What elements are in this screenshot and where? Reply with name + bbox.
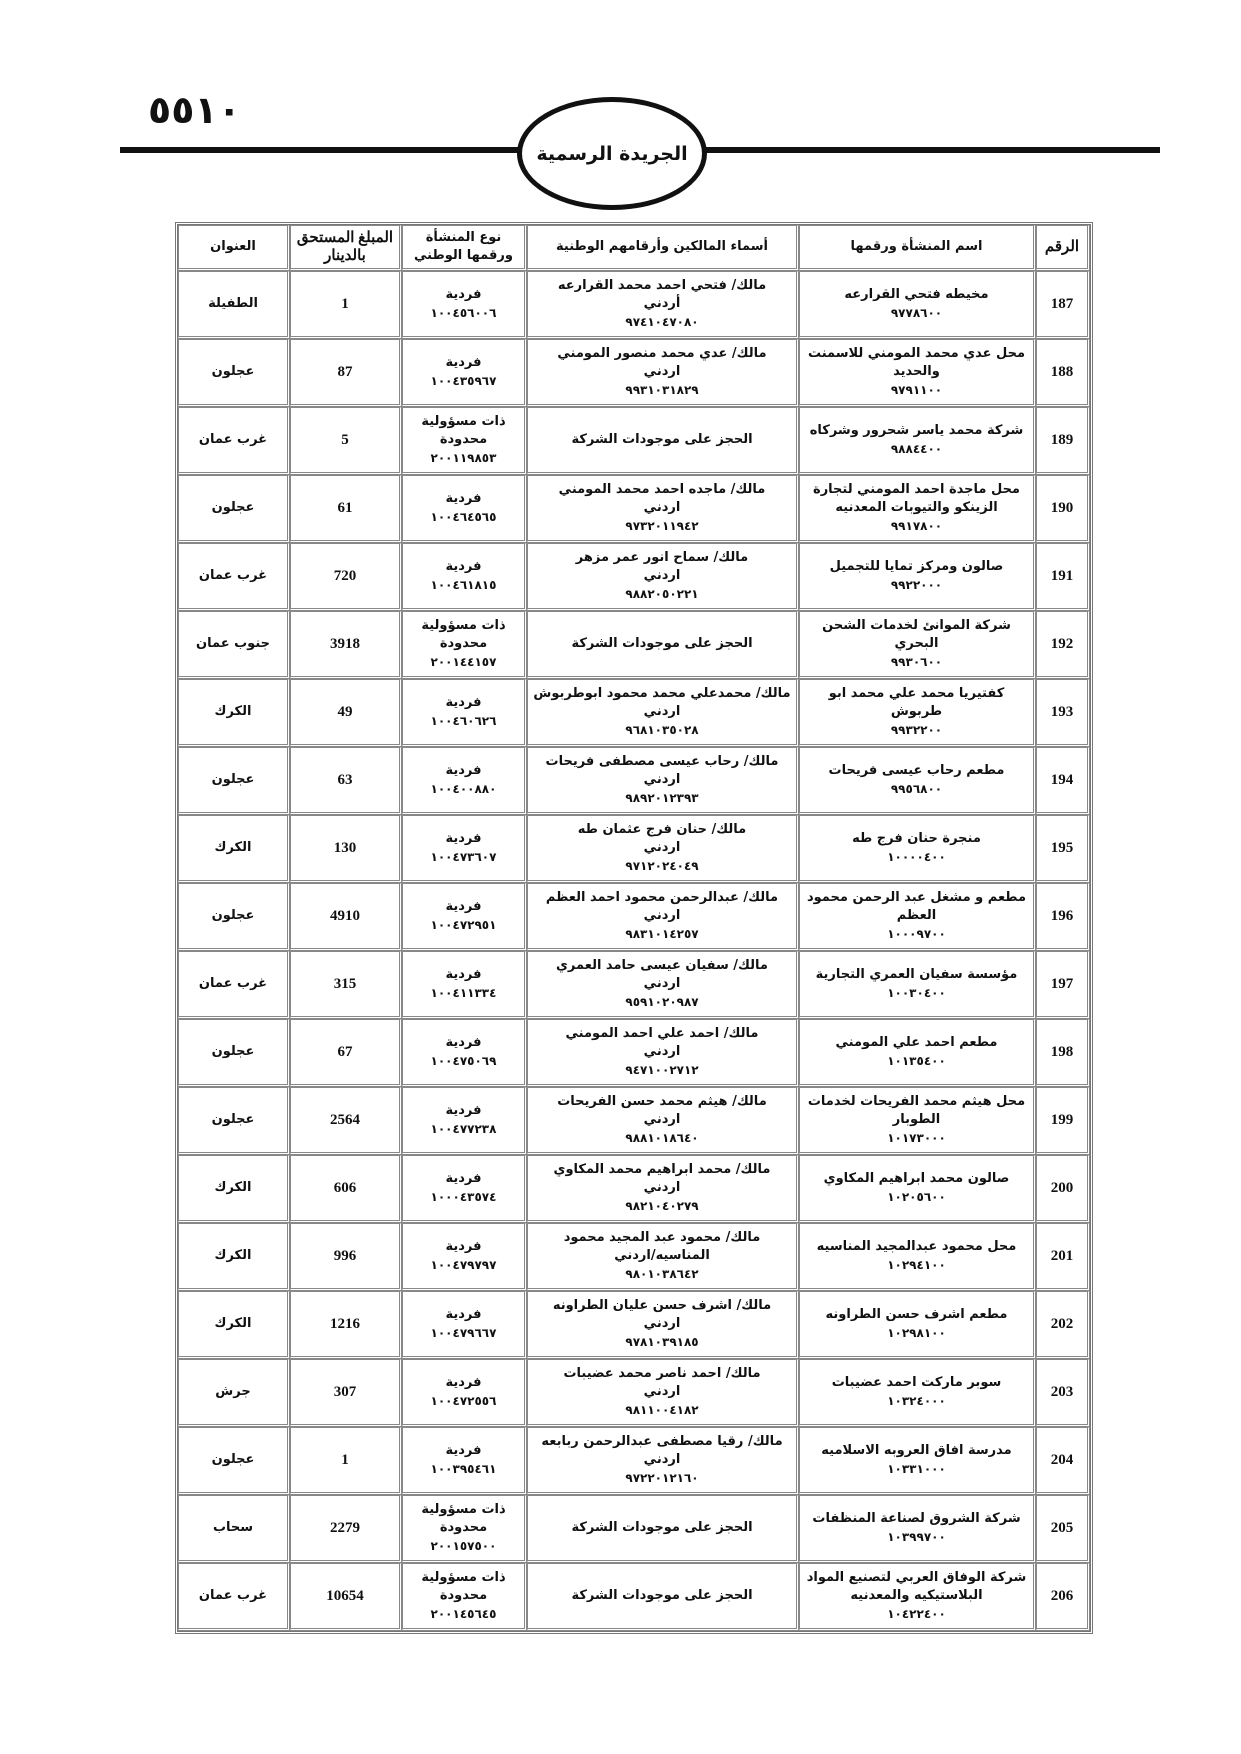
cell-type: فردية ١٠٠٤٧٢٩٥١ bbox=[402, 883, 527, 951]
cell-amount: 63 bbox=[290, 747, 402, 815]
type-national-number: ١٠٠٤٧٩٧٩٧ bbox=[407, 1256, 520, 1274]
cell-amount: 3918 bbox=[290, 611, 402, 679]
establishment-type: فردية bbox=[407, 1238, 520, 1256]
table-body: 187 مخيطه فتحي القرارعه ٩٧٧٨٦٠٠ مالك/ فت… bbox=[178, 271, 1090, 1631]
type-national-number: ١٠٠٤٥٦٠٠٦ bbox=[407, 304, 520, 322]
establishment-number: ١٠٠٠٠٤٠٠ bbox=[804, 848, 1029, 866]
owner-name: مالك/ ماجده احمد محمد المومني bbox=[532, 481, 792, 499]
cell-number: 194 bbox=[1036, 747, 1090, 815]
table-row: 193 كفتيريا محمد علي محمد ابو طربوش ٩٩٣٢… bbox=[178, 679, 1090, 747]
establishment-type: ذات مسؤولية محدودة bbox=[407, 1569, 520, 1605]
seizure-note: الحجز على موجودات الشركة bbox=[532, 1587, 792, 1605]
cell-address: عجلون bbox=[178, 747, 290, 815]
establishment-name: مدرسة افاق العروبه الاسلاميه bbox=[804, 1442, 1029, 1460]
type-national-number: ١٠٠٤٧٣٦٠٧ bbox=[407, 848, 520, 866]
establishment-number: ١٠٠٣٠٤٠٠ bbox=[804, 984, 1029, 1002]
establishment-type: فردية bbox=[407, 1442, 520, 1460]
seizure-note: الحجز على موجودات الشركة bbox=[532, 635, 792, 653]
owner-nationality: اردني bbox=[532, 771, 792, 789]
cell-type: ذات مسؤولية محدودة ٢٠٠١٥٧٥٠٠ bbox=[402, 1495, 527, 1563]
establishment-type: ذات مسؤولية محدودة bbox=[407, 413, 520, 449]
cell-address: الكرك bbox=[178, 1155, 290, 1223]
cell-establishment: مطعم و مشغل عبد الرحمن محمود العظم ١٠٠٠٩… bbox=[799, 883, 1036, 951]
type-national-number: ١٠٠٤٦١٨١٥ bbox=[407, 576, 520, 594]
cell-number: 205 bbox=[1036, 1495, 1090, 1563]
owner-nationality: اردني bbox=[532, 1451, 792, 1469]
cell-number: 193 bbox=[1036, 679, 1090, 747]
cell-amount: 67 bbox=[290, 1019, 402, 1087]
establishment-name: كفتيريا محمد علي محمد ابو طربوش bbox=[804, 685, 1029, 721]
table-row: 197 مؤسسة سفيان العمري التجارية ١٠٠٣٠٤٠٠… bbox=[178, 951, 1090, 1019]
cell-type: فردية ١٠٠٠٤٣٥٧٤ bbox=[402, 1155, 527, 1223]
type-national-number: ٢٠٠١٥٧٥٠٠ bbox=[407, 1537, 520, 1555]
establishment-name: صالون ومركز تمايا للتجميل bbox=[804, 558, 1029, 576]
cell-address: غرب عمان bbox=[178, 407, 290, 475]
establishment-type: فردية bbox=[407, 490, 520, 508]
owner-name: مالك/ عدي محمد منصور المومني bbox=[532, 345, 792, 363]
cell-owner: مالك/ حنان فرج عثمان طه اردني ٩٧١٢٠٢٤٠٤٩ bbox=[527, 815, 799, 883]
cell-type: فردية ١٠٠٤٧٩٧٩٧ bbox=[402, 1223, 527, 1291]
cell-amount: 2564 bbox=[290, 1087, 402, 1155]
cell-type: فردية ١٠٠٤٧٢٥٥٦ bbox=[402, 1359, 527, 1427]
establishment-name: شركة الموانئ لخدمات الشحن البحري bbox=[804, 617, 1029, 653]
cell-address: جرش bbox=[178, 1359, 290, 1427]
owner-nationality: اردني bbox=[532, 1315, 792, 1333]
establishment-number: ١٠٤٢٢٤٠٠ bbox=[804, 1605, 1029, 1623]
cell-type: فردية ١٠٠٣٩٥٤٦١ bbox=[402, 1427, 527, 1495]
type-national-number: ١٠٠٤٣٥٩٦٧ bbox=[407, 372, 520, 390]
owner-national-id: ٩٧٣٢٠١١٩٤٢ bbox=[532, 517, 792, 535]
establishment-name: محل ماجدة احمد المومني لتجارة الزينكو وا… bbox=[804, 481, 1029, 517]
owner-national-id: ٩٨٨١٠١٨٦٤٠ bbox=[532, 1129, 792, 1147]
owner-national-id: ٩٥٩١٠٢٠٩٨٧ bbox=[532, 993, 792, 1011]
establishment-name: صالون محمد ابراهيم المكاوي bbox=[804, 1170, 1029, 1188]
owner-national-id: ٩٨١١٠٠٤١٨٢ bbox=[532, 1401, 792, 1419]
table-row: 206 شركة الوفاق العربي لتصنيع المواد الب… bbox=[178, 1563, 1090, 1631]
owner-national-id: ٩٧١٢٠٢٤٠٤٩ bbox=[532, 857, 792, 875]
establishment-name: مؤسسة سفيان العمري التجارية bbox=[804, 966, 1029, 984]
cell-type: ذات مسؤولية محدودة ٢٠٠١٤٤١٥٧ bbox=[402, 611, 527, 679]
cell-address: عجلون bbox=[178, 1087, 290, 1155]
establishment-name: مطعم احمد علي المومني bbox=[804, 1034, 1029, 1052]
table-row: 203 سوبر ماركت احمد عضيبات ١٠٣٢٤٠٠٠ مالك… bbox=[178, 1359, 1090, 1427]
owner-name: مالك/ عبدالرحمن محمود احمد العظم bbox=[532, 889, 792, 907]
cell-owner: مالك/ اشرف حسن عليان الطراونه اردني ٩٧٨١… bbox=[527, 1291, 799, 1359]
cell-number: 203 bbox=[1036, 1359, 1090, 1427]
cell-establishment: مطعم احمد علي المومني ١٠١٣٥٤٠٠ bbox=[799, 1019, 1036, 1087]
cell-amount: 1 bbox=[290, 1427, 402, 1495]
cell-number: 204 bbox=[1036, 1427, 1090, 1495]
table-row: 192 شركة الموانئ لخدمات الشحن البحري ٩٩٣… bbox=[178, 611, 1090, 679]
owner-national-id: ٩٧٢٢٠١٢١٦٠ bbox=[532, 1469, 792, 1487]
cell-establishment: مدرسة افاق العروبه الاسلاميه ١٠٣٣١٠٠٠ bbox=[799, 1427, 1036, 1495]
cell-owner: مالك/ رقيا مصطفى عبدالرحمن ربابعه اردني … bbox=[527, 1427, 799, 1495]
establishment-name: مطعم و مشغل عبد الرحمن محمود العظم bbox=[804, 889, 1029, 925]
establishment-name: محل عدي محمد المومني للاسمنت والحديد bbox=[804, 345, 1029, 381]
type-national-number: ٢٠٠١٤٤١٥٧ bbox=[407, 653, 520, 671]
cell-establishment: مخيطه فتحي القرارعه ٩٧٧٨٦٠٠ bbox=[799, 271, 1036, 339]
cell-address: غرب عمان bbox=[178, 543, 290, 611]
establishment-name: شركة محمد ياسر شحرور وشركاه bbox=[804, 422, 1029, 440]
table-row: 189 شركة محمد ياسر شحرور وشركاه ٩٨٨٤٤٠٠ … bbox=[178, 407, 1090, 475]
type-national-number: ٢٠٠١١٩٨٥٣ bbox=[407, 449, 520, 467]
page-number: ٥٥١٠ bbox=[148, 88, 241, 132]
establishment-number: ٩٩٣٢٢٠٠ bbox=[804, 721, 1029, 739]
type-national-number: ١٠٠٤٧٧٢٣٨ bbox=[407, 1120, 520, 1138]
cell-owner: مالك/ فتحي احمد محمد القرارعه أردني ٩٧٤١… bbox=[527, 271, 799, 339]
cell-owner: مالك/ ماجده احمد محمد المومني اردني ٩٧٣٢… bbox=[527, 475, 799, 543]
cell-number: 191 bbox=[1036, 543, 1090, 611]
owner-name: مالك/ احمد علي احمد المومني bbox=[532, 1025, 792, 1043]
cell-number: 201 bbox=[1036, 1223, 1090, 1291]
establishment-type: فردية bbox=[407, 762, 520, 780]
cell-address: عجلون bbox=[178, 339, 290, 407]
header-owners: أسماء المالكين وأرقامهم الوطنية bbox=[527, 225, 799, 271]
cell-number: 189 bbox=[1036, 407, 1090, 475]
cell-address: عجلون bbox=[178, 883, 290, 951]
establishment-type: فردية bbox=[407, 1102, 520, 1120]
establishment-name: منجرة حنان فرج طه bbox=[804, 830, 1029, 848]
owner-nationality: اردني bbox=[532, 975, 792, 993]
owner-nationality: اردني bbox=[532, 1043, 792, 1061]
cell-owner: الحجز على موجودات الشركة bbox=[527, 1563, 799, 1631]
establishment-name: مخيطه فتحي القرارعه bbox=[804, 286, 1029, 304]
establishment-type: فردية bbox=[407, 1034, 520, 1052]
cell-amount: 10654 bbox=[290, 1563, 402, 1631]
table-row: 187 مخيطه فتحي القرارعه ٩٧٧٨٦٠٠ مالك/ فت… bbox=[178, 271, 1090, 339]
cell-owner: مالك/ محمود عبد المجيد محمود المناسيه/ار… bbox=[527, 1223, 799, 1291]
establishment-type: فردية bbox=[407, 966, 520, 984]
cell-owner: مالك/ عبدالرحمن محمود احمد العظم اردني ٩… bbox=[527, 883, 799, 951]
cell-amount: 720 bbox=[290, 543, 402, 611]
cell-type: فردية ١٠٠٤٧٧٢٣٨ bbox=[402, 1087, 527, 1155]
owner-nationality: اردني bbox=[532, 1383, 792, 1401]
cell-establishment: محل عدي محمد المومني للاسمنت والحديد ٩٧٩… bbox=[799, 339, 1036, 407]
establishment-number: ١٠٣٢٤٠٠٠ bbox=[804, 1392, 1029, 1410]
type-national-number: ١٠٠٤١١٣٣٤ bbox=[407, 984, 520, 1002]
header-number: الرقم bbox=[1036, 225, 1090, 271]
cell-address: عجلون bbox=[178, 1019, 290, 1087]
establishment-number: ١٠٢٠٥٦٠٠ bbox=[804, 1188, 1029, 1206]
establishment-number: ٩٨٨٤٤٠٠ bbox=[804, 440, 1029, 458]
cell-amount: 996 bbox=[290, 1223, 402, 1291]
establishment-name: سوبر ماركت احمد عضيبات bbox=[804, 1374, 1029, 1392]
establishments-table: الرقم اسم المنشأة ورقمها أسماء المالكين … bbox=[175, 222, 1093, 1634]
establishment-type: ذات مسؤولية محدودة bbox=[407, 617, 520, 653]
owner-name: مالك/ رقيا مصطفى عبدالرحمن ربابعه bbox=[532, 1433, 792, 1451]
cell-amount: 87 bbox=[290, 339, 402, 407]
owner-national-id: ٩٤٧١٠٠٢٧١٢ bbox=[532, 1061, 792, 1079]
owner-national-id: ٩٧٤١٠٤٧٠٨٠ bbox=[532, 313, 792, 331]
establishment-number: ٩٩٢٢٠٠٠ bbox=[804, 576, 1029, 594]
owner-national-id: ٩٨٠١٠٣٨٦٤٢ bbox=[532, 1265, 792, 1283]
cell-owner: مالك/ محمدعلي محمد محمود ابوطربوش اردني … bbox=[527, 679, 799, 747]
cell-number: 196 bbox=[1036, 883, 1090, 951]
owner-name: مالك/ حنان فرج عثمان طه bbox=[532, 821, 792, 839]
table-row: 188 محل عدي محمد المومني للاسمنت والحديد… bbox=[178, 339, 1090, 407]
type-national-number: ١٠٠٤٧٢٩٥١ bbox=[407, 916, 520, 934]
cell-establishment: شركة الشروق لصناعة المنظفات ١٠٣٩٩٧٠٠ bbox=[799, 1495, 1036, 1563]
cell-establishment: محل هيثم محمد الفريحات لخدمات الطوبار ١٠… bbox=[799, 1087, 1036, 1155]
owner-name: مالك/ احمد ناصر محمد عضيبات bbox=[532, 1365, 792, 1383]
establishment-name: شركة الشروق لصناعة المنظفات bbox=[804, 1510, 1029, 1528]
cell-establishment: سوبر ماركت احمد عضيبات ١٠٣٢٤٠٠٠ bbox=[799, 1359, 1036, 1427]
gazette-title-ellipse: الجريدة الرسمية bbox=[517, 97, 707, 210]
cell-type: فردية ١٠٠٤٧٩٦٦٧ bbox=[402, 1291, 527, 1359]
cell-establishment: محل ماجدة احمد المومني لتجارة الزينكو وا… bbox=[799, 475, 1036, 543]
establishment-name: مطعم رحاب عيسى فريحات bbox=[804, 762, 1029, 780]
header-type: نوع المنشأة ورقمها الوطني bbox=[402, 225, 527, 271]
establishment-type: فردية bbox=[407, 354, 520, 372]
cell-type: فردية ١٠٠٤٠٠٨٨٠ bbox=[402, 747, 527, 815]
cell-owner: مالك/ رحاب عيسى مصطفى فريحات اردني ٩٨٩٢٠… bbox=[527, 747, 799, 815]
cell-owner: مالك/ عدي محمد منصور المومني اردني ٩٩٣١٠… bbox=[527, 339, 799, 407]
establishment-type: فردية bbox=[407, 1306, 520, 1324]
establishment-number: ١٠٢٩٨١٠٠ bbox=[804, 1324, 1029, 1342]
cell-amount: 4910 bbox=[290, 883, 402, 951]
cell-amount: 606 bbox=[290, 1155, 402, 1223]
cell-establishment: كفتيريا محمد علي محمد ابو طربوش ٩٩٣٢٢٠٠ bbox=[799, 679, 1036, 747]
establishment-type: فردية bbox=[407, 1170, 520, 1188]
seizure-note: الحجز على موجودات الشركة bbox=[532, 431, 792, 449]
establishment-number: ٩٩٥٦٨٠٠ bbox=[804, 780, 1029, 798]
cell-address: غرب عمان bbox=[178, 951, 290, 1019]
cell-establishment: مطعم اشرف حسن الطراونه ١٠٢٩٨١٠٠ bbox=[799, 1291, 1036, 1359]
cell-amount: 2279 bbox=[290, 1495, 402, 1563]
owner-national-id: ٩٦٨١٠٣٥٠٢٨ bbox=[532, 721, 792, 739]
type-national-number: ١٠٠٤٠٠٨٨٠ bbox=[407, 780, 520, 798]
owner-name: مالك/ محمدعلي محمد محمود ابوطربوش bbox=[532, 685, 792, 703]
establishment-number: ٩٧٧٨٦٠٠ bbox=[804, 304, 1029, 322]
cell-type: فردية ١٠٠٤٦١٨١٥ bbox=[402, 543, 527, 611]
table-row: 205 شركة الشروق لصناعة المنظفات ١٠٣٩٩٧٠٠… bbox=[178, 1495, 1090, 1563]
owner-name: مالك/ رحاب عيسى مصطفى فريحات bbox=[532, 753, 792, 771]
gazette-title: الجريدة الرسمية bbox=[536, 143, 687, 165]
owner-nationality: اردني bbox=[532, 1179, 792, 1197]
cell-address: عجلون bbox=[178, 475, 290, 543]
cell-type: ذات مسؤولية محدودة ٢٠٠١١٩٨٥٣ bbox=[402, 407, 527, 475]
establishment-number: ١٠٢٩٤١٠٠ bbox=[804, 1256, 1029, 1274]
cell-number: 195 bbox=[1036, 815, 1090, 883]
cell-number: 202 bbox=[1036, 1291, 1090, 1359]
table-row: 194 مطعم رحاب عيسى فريحات ٩٩٥٦٨٠٠ مالك/ … bbox=[178, 747, 1090, 815]
type-national-number: ١٠٠٤٧٥٠٦٩ bbox=[407, 1052, 520, 1070]
cell-number: 200 bbox=[1036, 1155, 1090, 1223]
cell-establishment: شركة محمد ياسر شحرور وشركاه ٩٨٨٤٤٠٠ bbox=[799, 407, 1036, 475]
cell-amount: 307 bbox=[290, 1359, 402, 1427]
cell-address: عجلون bbox=[178, 1427, 290, 1495]
owner-name: مالك/ محمود عبد المجيد محمود المناسيه/ار… bbox=[532, 1229, 792, 1265]
establishment-type: فردية bbox=[407, 898, 520, 916]
establishment-type: فردية bbox=[407, 694, 520, 712]
establishment-type: فردية bbox=[407, 1374, 520, 1392]
owner-nationality: أردني bbox=[532, 295, 792, 313]
owner-national-id: ٩٨٣١٠١٤٢٥٧ bbox=[532, 925, 792, 943]
cell-type: فردية ١٠٠٤٧٥٠٦٩ bbox=[402, 1019, 527, 1087]
owner-national-id: ٩٧٨١٠٣٩١٨٥ bbox=[532, 1333, 792, 1351]
cell-address: الكرك bbox=[178, 679, 290, 747]
cell-type: فردية ١٠٠٤٦٠٦٢٦ bbox=[402, 679, 527, 747]
cell-amount: 1216 bbox=[290, 1291, 402, 1359]
cell-owner: الحجز على موجودات الشركة bbox=[527, 1495, 799, 1563]
cell-number: 192 bbox=[1036, 611, 1090, 679]
table-row: 201 محل محمود عبدالمجيد المناسيه ١٠٢٩٤١٠… bbox=[178, 1223, 1090, 1291]
cell-address: الطفيلة bbox=[178, 271, 290, 339]
table-row: 191 صالون ومركز تمايا للتجميل ٩٩٢٢٠٠٠ ما… bbox=[178, 543, 1090, 611]
type-national-number: ١٠٠٣٩٥٤٦١ bbox=[407, 1460, 520, 1478]
cell-number: 199 bbox=[1036, 1087, 1090, 1155]
owner-national-id: ٩٨٩٢٠١٢٣٩٣ bbox=[532, 789, 792, 807]
owner-national-id: ٩٨٨٢٠٥٠٢٢١ bbox=[532, 585, 792, 603]
owner-national-id: ٩٩٣١٠٣١٨٢٩ bbox=[532, 381, 792, 399]
cell-amount: 130 bbox=[290, 815, 402, 883]
table-row: 196 مطعم و مشغل عبد الرحمن محمود العظم ١… bbox=[178, 883, 1090, 951]
cell-establishment: مطعم رحاب عيسى فريحات ٩٩٥٦٨٠٠ bbox=[799, 747, 1036, 815]
cell-establishment: صالون ومركز تمايا للتجميل ٩٩٢٢٠٠٠ bbox=[799, 543, 1036, 611]
cell-owner: مالك/ محمد ابراهيم محمد المكاوي اردني ٩٨… bbox=[527, 1155, 799, 1223]
owner-name: مالك/ فتحي احمد محمد القرارعه bbox=[532, 277, 792, 295]
establishment-name: محل هيثم محمد الفريحات لخدمات الطوبار bbox=[804, 1093, 1029, 1129]
cell-type: فردية ١٠٠٤٧٣٦٠٧ bbox=[402, 815, 527, 883]
establishment-number: ١٠٠٠٩٧٠٠ bbox=[804, 925, 1029, 943]
cell-owner: الحجز على موجودات الشركة bbox=[527, 407, 799, 475]
establishment-type: فردية bbox=[407, 830, 520, 848]
owner-name: مالك/ سفيان عيسى حامد العمري bbox=[532, 957, 792, 975]
cell-establishment: محل محمود عبدالمجيد المناسيه ١٠٢٩٤١٠٠ bbox=[799, 1223, 1036, 1291]
type-national-number: ٢٠٠١٤٥٦٤٥ bbox=[407, 1605, 520, 1623]
cell-amount: 315 bbox=[290, 951, 402, 1019]
owner-name: مالك/ سماح انور عمر مزهر bbox=[532, 549, 792, 567]
type-national-number: ١٠٠٤٧٢٥٥٦ bbox=[407, 1392, 520, 1410]
cell-number: 188 bbox=[1036, 339, 1090, 407]
cell-address: الكرك bbox=[178, 815, 290, 883]
table-row: 199 محل هيثم محمد الفريحات لخدمات الطوبا… bbox=[178, 1087, 1090, 1155]
establishment-type: فردية bbox=[407, 286, 520, 304]
seizure-note: الحجز على موجودات الشركة bbox=[532, 1519, 792, 1537]
cell-owner: مالك/ احمد علي احمد المومني اردني ٩٤٧١٠٠… bbox=[527, 1019, 799, 1087]
header-amount: المبلغ المستحق بالدينار bbox=[290, 225, 402, 271]
type-national-number: ١٠٠٤٦٤٥٦٥ bbox=[407, 508, 520, 526]
owner-nationality: اردني bbox=[532, 839, 792, 857]
owner-nationality: اردني bbox=[532, 1111, 792, 1129]
cell-owner: مالك/ هيثم محمد حسن الفريحات اردني ٩٨٨١٠… bbox=[527, 1087, 799, 1155]
table-row: 202 مطعم اشرف حسن الطراونه ١٠٢٩٨١٠٠ مالك… bbox=[178, 1291, 1090, 1359]
table-row: 190 محل ماجدة احمد المومني لتجارة الزينك… bbox=[178, 475, 1090, 543]
establishment-type: فردية bbox=[407, 558, 520, 576]
owner-name: مالك/ محمد ابراهيم محمد المكاوي bbox=[532, 1161, 792, 1179]
cell-address: سحاب bbox=[178, 1495, 290, 1563]
cell-address: الكرك bbox=[178, 1223, 290, 1291]
cell-number: 187 bbox=[1036, 271, 1090, 339]
cell-address: جنوب عمان bbox=[178, 611, 290, 679]
cell-amount: 5 bbox=[290, 407, 402, 475]
cell-amount: 1 bbox=[290, 271, 402, 339]
cell-number: 206 bbox=[1036, 1563, 1090, 1631]
table-row: 198 مطعم احمد علي المومني ١٠١٣٥٤٠٠ مالك/… bbox=[178, 1019, 1090, 1087]
establishment-name: مطعم اشرف حسن الطراونه bbox=[804, 1306, 1029, 1324]
owner-nationality: اردني bbox=[532, 703, 792, 721]
owner-nationality: اردني bbox=[532, 499, 792, 517]
owner-national-id: ٩٨٢١٠٤٠٢٧٩ bbox=[532, 1197, 792, 1215]
owner-nationality: اردني bbox=[532, 907, 792, 925]
establishment-number: ١٠٣٩٩٧٠٠ bbox=[804, 1528, 1029, 1546]
cell-owner: مالك/ احمد ناصر محمد عضيبات اردني ٩٨١١٠٠… bbox=[527, 1359, 799, 1427]
cell-amount: 61 bbox=[290, 475, 402, 543]
cell-owner: مالك/ سفيان عيسى حامد العمري اردني ٩٥٩١٠… bbox=[527, 951, 799, 1019]
cell-type: فردية ١٠٠٤٦٤٥٦٥ bbox=[402, 475, 527, 543]
header-address: العنوان bbox=[178, 225, 290, 271]
cell-number: 198 bbox=[1036, 1019, 1090, 1087]
table-row: 195 منجرة حنان فرج طه ١٠٠٠٠٤٠٠ مالك/ حنا… bbox=[178, 815, 1090, 883]
establishment-number: ١٠١٣٥٤٠٠ bbox=[804, 1052, 1029, 1070]
cell-amount: 49 bbox=[290, 679, 402, 747]
cell-establishment: منجرة حنان فرج طه ١٠٠٠٠٤٠٠ bbox=[799, 815, 1036, 883]
establishment-number: ١٠١٧٣٠٠٠ bbox=[804, 1129, 1029, 1147]
cell-address: الكرك bbox=[178, 1291, 290, 1359]
establishment-number: ٩٩٣٠٦٠٠ bbox=[804, 653, 1029, 671]
cell-number: 190 bbox=[1036, 475, 1090, 543]
cell-address: غرب عمان bbox=[178, 1563, 290, 1631]
header-establishment: اسم المنشأة ورقمها bbox=[799, 225, 1036, 271]
owner-nationality: اردني bbox=[532, 567, 792, 585]
owner-nationality: اردني bbox=[532, 363, 792, 381]
table-row: 200 صالون محمد ابراهيم المكاوي ١٠٢٠٥٦٠٠ … bbox=[178, 1155, 1090, 1223]
establishment-number: ٩٧٩١١٠٠ bbox=[804, 381, 1029, 399]
table-row: 204 مدرسة افاق العروبه الاسلاميه ١٠٣٣١٠٠… bbox=[178, 1427, 1090, 1495]
type-national-number: ١٠٠٤٦٠٦٢٦ bbox=[407, 712, 520, 730]
establishment-type: ذات مسؤولية محدودة bbox=[407, 1501, 520, 1537]
owner-name: مالك/ اشرف حسن عليان الطراونه bbox=[532, 1297, 792, 1315]
cell-number: 197 bbox=[1036, 951, 1090, 1019]
establishment-number: ١٠٣٣١٠٠٠ bbox=[804, 1460, 1029, 1478]
cell-owner: مالك/ سماح انور عمر مزهر اردني ٩٨٨٢٠٥٠٢٢… bbox=[527, 543, 799, 611]
table-header-row: الرقم اسم المنشأة ورقمها أسماء المالكين … bbox=[178, 225, 1090, 271]
type-national-number: ١٠٠٠٤٣٥٧٤ bbox=[407, 1188, 520, 1206]
type-national-number: ١٠٠٤٧٩٦٦٧ bbox=[407, 1324, 520, 1342]
cell-type: ذات مسؤولية محدودة ٢٠٠١٤٥٦٤٥ bbox=[402, 1563, 527, 1631]
owner-name: مالك/ هيثم محمد حسن الفريحات bbox=[532, 1093, 792, 1111]
establishment-number: ٩٩١٧٨٠٠ bbox=[804, 517, 1029, 535]
establishment-name: شركة الوفاق العربي لتصنيع المواد البلاست… bbox=[804, 1569, 1029, 1605]
cell-establishment: شركة الوفاق العربي لتصنيع المواد البلاست… bbox=[799, 1563, 1036, 1631]
cell-establishment: مؤسسة سفيان العمري التجارية ١٠٠٣٠٤٠٠ bbox=[799, 951, 1036, 1019]
cell-type: فردية ١٠٠٤٣٥٩٦٧ bbox=[402, 339, 527, 407]
establishment-name: محل محمود عبدالمجيد المناسيه bbox=[804, 1238, 1029, 1256]
cell-establishment: شركة الموانئ لخدمات الشحن البحري ٩٩٣٠٦٠٠ bbox=[799, 611, 1036, 679]
cell-type: فردية ١٠٠٤٥٦٠٠٦ bbox=[402, 271, 527, 339]
cell-type: فردية ١٠٠٤١١٣٣٤ bbox=[402, 951, 527, 1019]
cell-owner: الحجز على موجودات الشركة bbox=[527, 611, 799, 679]
cell-establishment: صالون محمد ابراهيم المكاوي ١٠٢٠٥٦٠٠ bbox=[799, 1155, 1036, 1223]
